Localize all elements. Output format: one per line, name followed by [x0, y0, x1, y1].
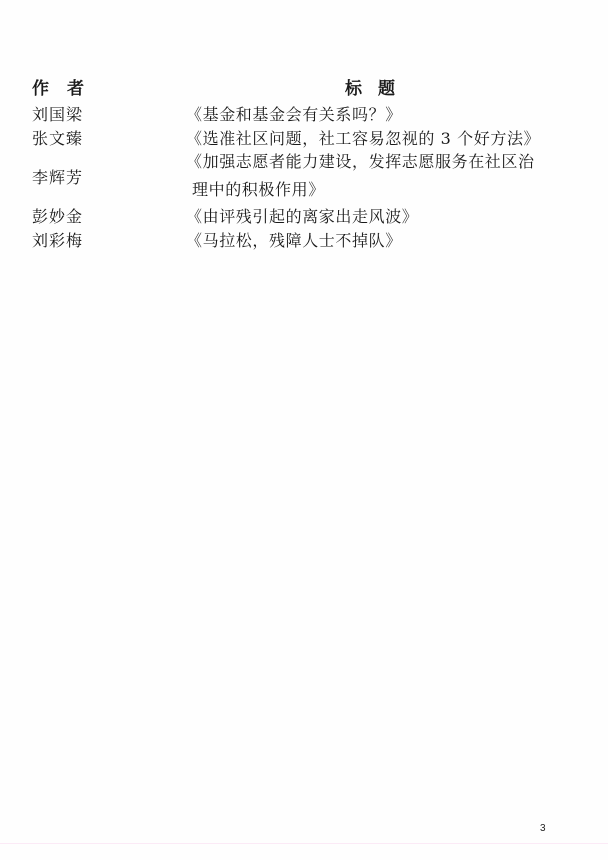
author-name: 张文臻	[32, 127, 83, 151]
document-page: 作者 标题 刘国梁 《基金和基金会有关系吗？》 张文臻 《选准社区问题，社工容易…	[0, 0, 608, 860]
page-number: 3	[540, 823, 546, 834]
table-header: 作者 标题	[0, 77, 608, 101]
author-name: 彭妙金	[32, 205, 83, 229]
scan-artifact-line	[0, 843, 608, 844]
article-title: 《选准社区问题，社工容易忽视的 3 个好方法》	[186, 127, 586, 151]
article-title: 《马拉松，残障人士不掉队》	[186, 229, 586, 253]
author-name: 李辉芳	[32, 166, 83, 190]
article-title: 《基金和基金会有关系吗？》	[186, 103, 586, 127]
title-column-header: 标题	[345, 77, 411, 101]
article-title-line-1: 《加强志愿者能力建设，发挥志愿服务在社区治	[186, 150, 586, 174]
author-name: 刘国梁	[32, 103, 83, 127]
article-title-line-2: 理中的积极作用》	[192, 178, 592, 202]
article-title: 《由评残引起的离家出走风波》	[186, 205, 586, 229]
author-column-header: 作者	[32, 77, 102, 101]
author-name: 刘彩梅	[32, 229, 83, 253]
